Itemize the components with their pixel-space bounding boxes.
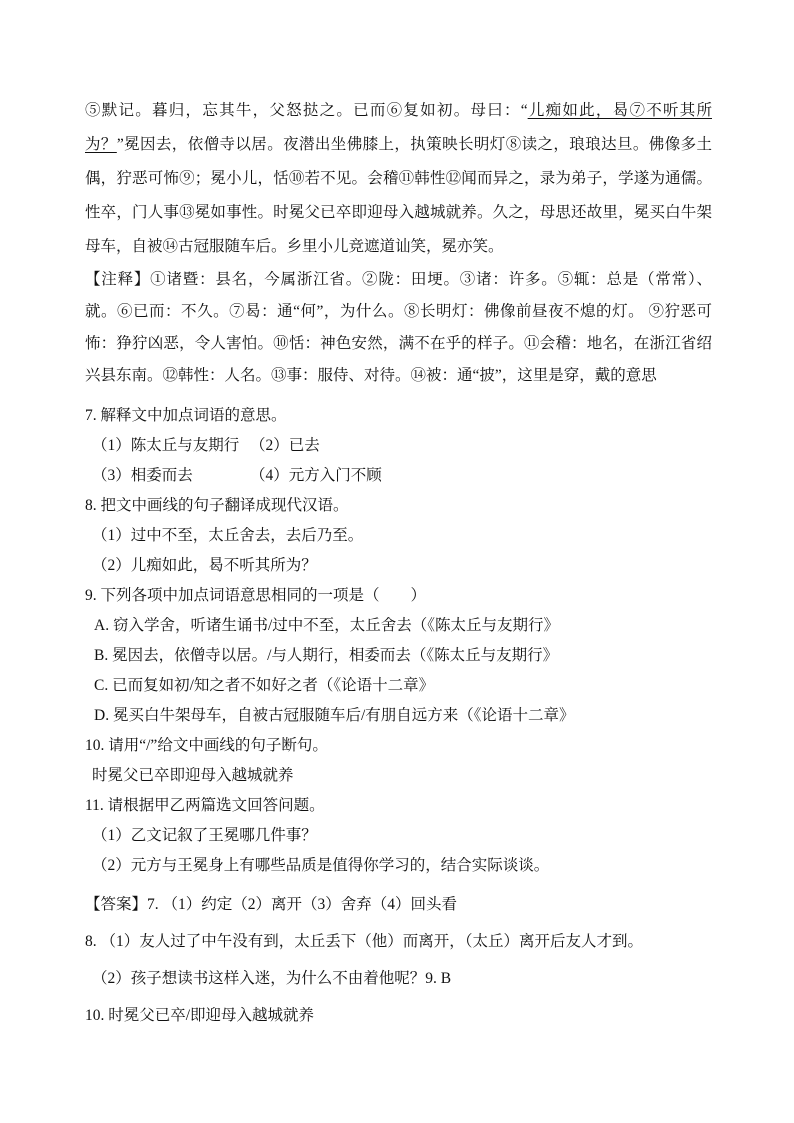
question-9-option-c: C. 已而复如初/知之者不如好之者（《论语十二章》 (85, 671, 712, 701)
answer-q8-part-2-and-q9: （2）孩子想读书这样入迷，为什么不由着他呢？9. B (85, 960, 712, 997)
question-7-row-1: （1）陈太丘与友期行（2）已去 (85, 431, 712, 461)
question-9-stem: 9. 下列各项中加点词语意思相同的一项是（ ） (85, 581, 712, 611)
question-7-item-3: （3）相委而去 (92, 461, 250, 491)
question-11-stem: 11. 请根据甲乙两篇选文回答问题。 (85, 791, 712, 821)
passage-paragraph: ⑤默记。暮归，忘其牛，父怒挞之。已而⑥复如初。母曰：“儿痴如此，曷⑦不听其所为？… (85, 94, 712, 264)
notes-paragraph: 【注释】①诸暨：县名，今属浙江省。②陇：田埂。③诸：许多。⑤辄：总是（常常）、就… (85, 264, 712, 392)
exam-page: ⑤默记。暮归，忘其牛，父怒挞之。已而⑥复如初。母曰：“儿痴如此，曷⑦不听其所为？… (0, 0, 794, 1123)
question-11-item-1: （1）乙文记叙了王冕哪几件事？ (85, 821, 712, 851)
question-10-stem: 10. 请用“/”给文中画线的句子断句。 (85, 731, 712, 761)
question-9-option-d: D. 冕买白牛架母车，自被古冠服随车后/有朋自远方来（《论语十二章》 (85, 701, 712, 731)
question-9-option-a: A. 窃入学舍，听诸生诵书/过中不至，太丘舍去（《陈太丘与友期行》 (85, 611, 712, 641)
question-10-sentence: 时冕父已卒即迎母入越城就养 (85, 761, 712, 791)
answer-q10: 10. 时冕父已卒/即迎母入越城就养 (85, 997, 712, 1034)
questions-section: 7. 解释文中加点词语的意思。 （1）陈太丘与友期行（2）已去 （3）相委而去（… (85, 401, 712, 881)
page-content: ⑤默记。暮归，忘其牛，父怒挞之。已而⑥复如初。母曰：“儿痴如此，曷⑦不听其所为？… (85, 94, 712, 1034)
question-7-item-1: （1）陈太丘与友期行 (92, 431, 250, 461)
answer-q8-part-1: 8. （1）友人过了中午没有到，太丘丢下（他）而离开，（太丘）离开后友人才到。 (85, 923, 712, 960)
passage-text-before: ⑤默记。暮归，忘其牛，父怒挞之。已而⑥复如初。母曰：“ (85, 102, 528, 119)
question-7-item-4: （4）元方入门不顾 (250, 467, 382, 484)
question-7-item-2: （2）已去 (250, 437, 320, 454)
answers-section: 【答案】7. （1）约定（2）离开（3）舍弃（4）回头看 8. （1）友人过了中… (85, 886, 712, 1034)
question-8-stem: 8. 把文中画线的句子翻译成现代汉语。 (85, 491, 712, 521)
question-7-stem: 7. 解释文中加点词语的意思。 (85, 401, 712, 431)
question-9-option-b: B. 冕因去，依僧寺以居。/与人期行，相委而去（《陈太丘与友期行》 (85, 641, 712, 671)
question-8-item-1: （1）过中不至，太丘舍去，去后乃至。 (85, 521, 712, 551)
question-7-row-2: （3）相委而去（4）元方入门不顾 (85, 461, 712, 491)
question-8-item-2: （2）儿痴如此，曷不听其所为？ (85, 551, 712, 581)
passage-text-after: ”冕因去，依僧寺以居。夜潜出坐佛膝上，执策映长明灯⑧读之，琅琅达旦。佛像多土偶，… (85, 136, 712, 255)
question-11-item-2: （2）元方与王冕身上有哪些品质是值得你学习的，结合实际谈谈。 (85, 851, 712, 881)
answer-header-q7: 【答案】7. （1）约定（2）离开（3）舍弃（4）回头看 (85, 886, 712, 923)
